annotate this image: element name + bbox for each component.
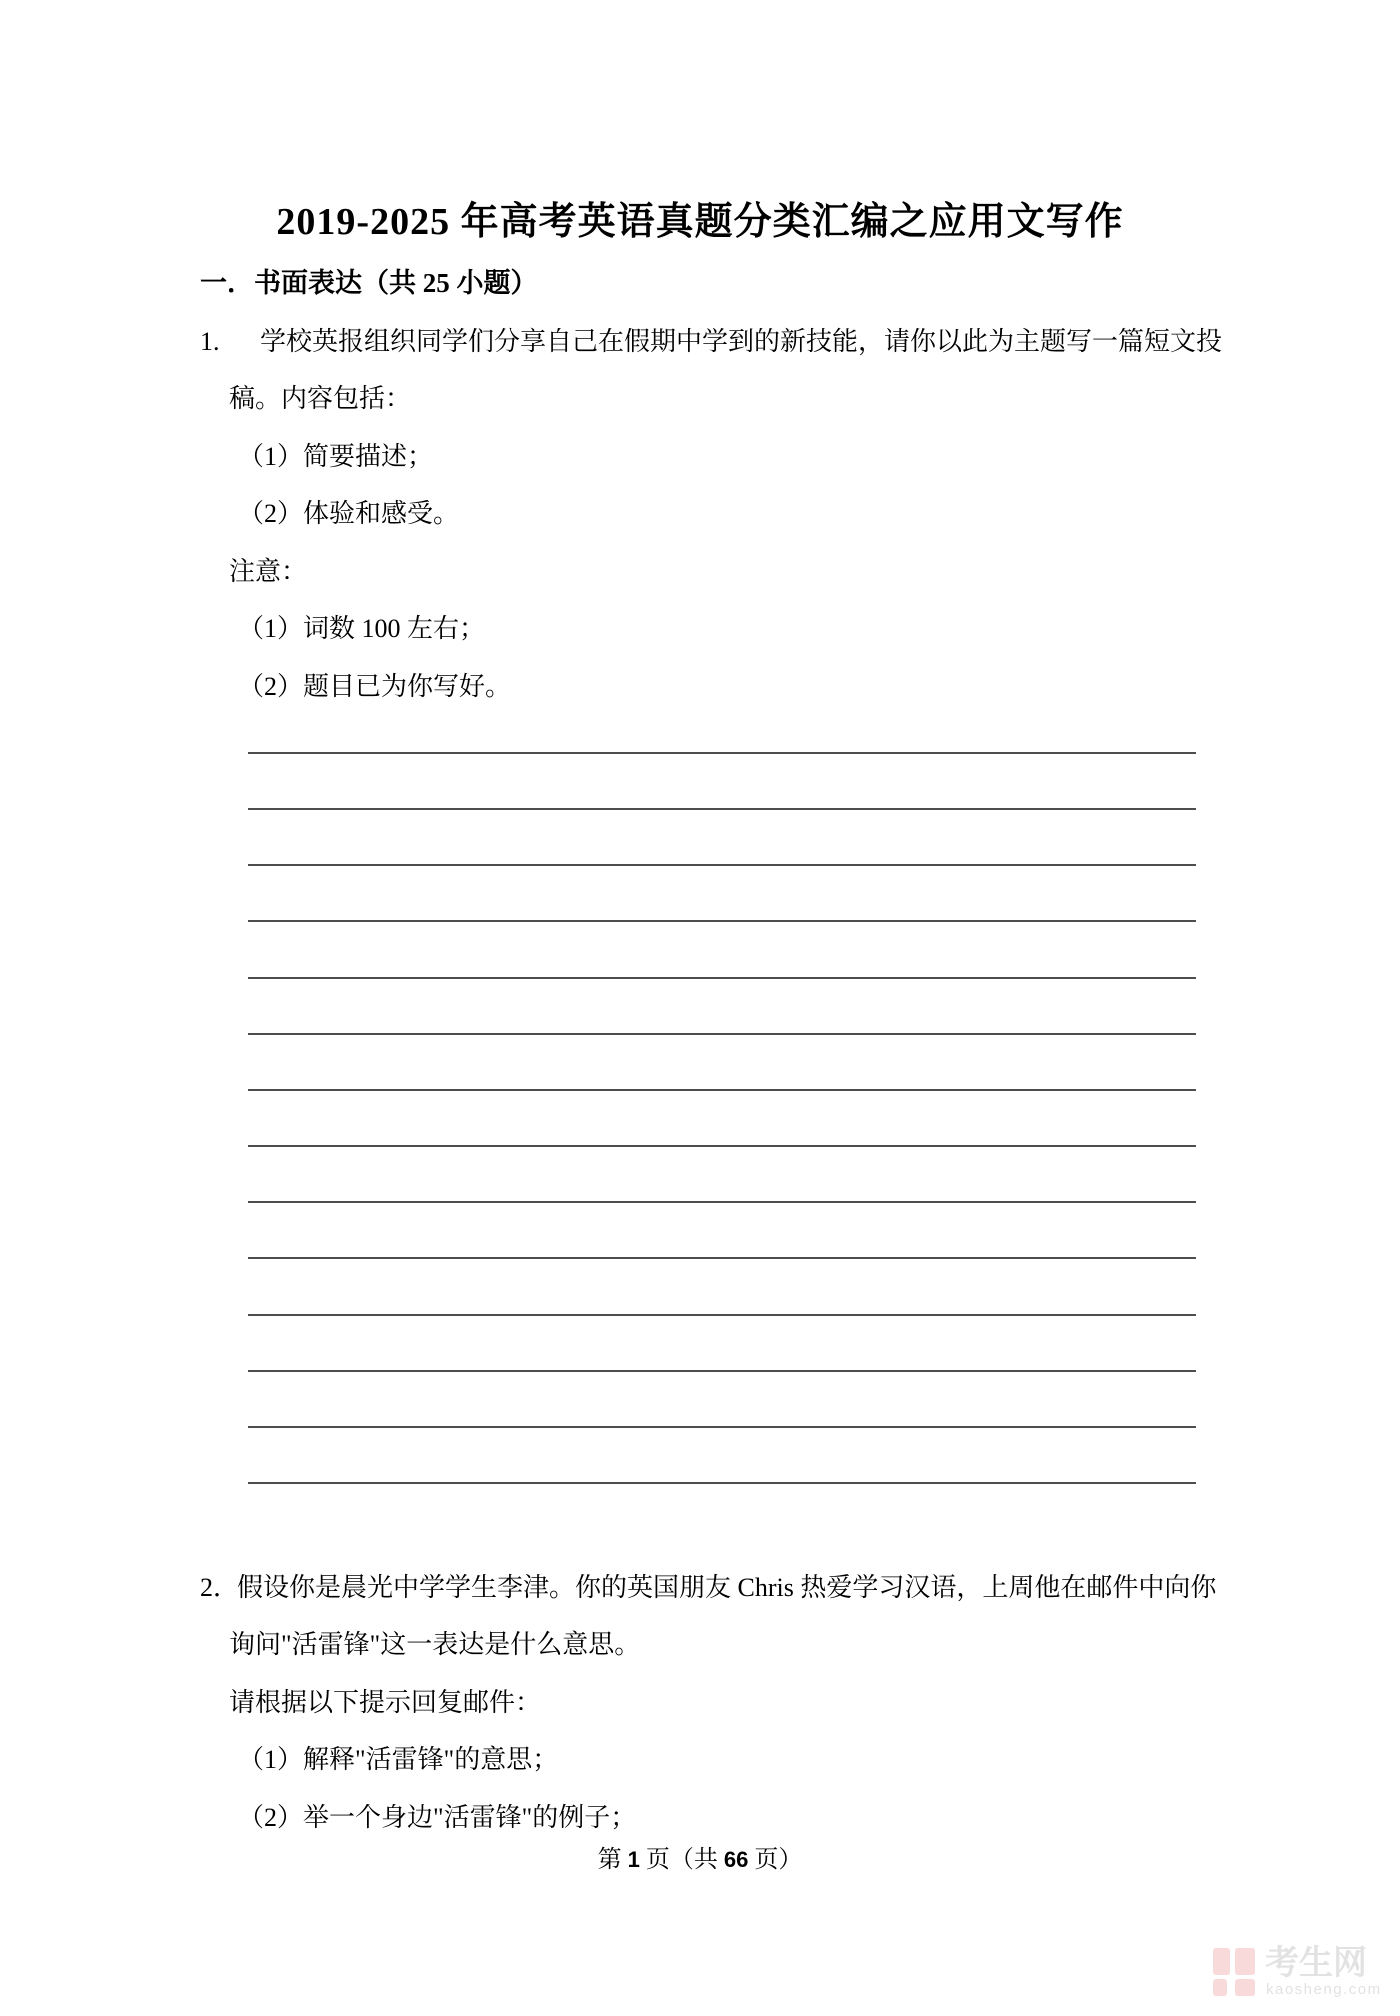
question-2-intro-line-1: 2．假设你是晨光中学学生李津。你的英国朋友 Chris 热爱学习汉语，上周他在邮… [200,1567,1216,1609]
question-2-point-2: （2）举一个身边"活雷锋"的例子； [238,1797,636,1839]
writing-line [248,920,1196,922]
question-1-note-2: （2）题目已为你写好。 [238,666,511,708]
writing-line [248,1257,1196,1259]
question-2-point-1: （1）解释"活雷锋"的意思； [238,1739,558,1781]
writing-line [248,864,1196,866]
writing-line [248,1314,1196,1316]
writing-line [248,977,1196,979]
question-2-prompt: 请根据以下提示回复邮件： [229,1682,541,1724]
writing-line [248,1482,1196,1484]
writing-line [248,1089,1196,1091]
writing-line [248,1426,1196,1428]
question-1-number: 1. [200,321,260,363]
question-2-text: 假设你是晨光中学学生李津。你的英国朋友 Chris 热爱学习汉语，上周他在邮件中… [237,1573,1216,1602]
question-1-intro-line-1: 1.学校英报组织同学们分享自己在假期中学到的新技能，请你以此为主题写一篇短文投 [200,321,1222,363]
footer-prefix: 第 [598,1847,628,1873]
footer-suffix: 页） [748,1847,802,1873]
writing-line [248,808,1196,810]
question-2-number: 2． [200,1567,237,1609]
page-title: 2019-2025 年高考英语真题分类汇编之应用文写作 [0,196,1400,248]
question-2-intro-line-2: 询问"活雷锋"这一表达是什么意思。 [229,1624,640,1666]
page-number-footer: 第 1 页（共 66 页） [0,1842,1400,1878]
writing-line [248,1033,1196,1035]
question-1-intro-line-2: 稿。内容包括： [229,378,411,420]
answer-writing-area [248,752,1196,1492]
kaosheng-logo-icon [1213,1948,1259,1996]
question-1-point-1: （1）简要描述； [238,436,433,478]
footer-page-number: 1 [628,1847,640,1872]
question-1-text: 学校英报组织同学们分享自己在假期中学到的新技能，请你以此为主题写一篇短文投 [260,327,1222,356]
footer-total-pages: 66 [724,1847,748,1872]
question-1-note-1: （1）词数 100 左右； [238,608,485,650]
watermark: 考生网 kaosheng.com [1213,1946,1388,2000]
section-heading: 一．书面表达（共 25 小题） [200,262,538,304]
question-1-note-label: 注意： [229,551,307,593]
writing-line [248,1370,1196,1372]
question-1-point-2: （2）体验和感受。 [238,493,459,535]
footer-mid: 页（共 [640,1847,724,1873]
document-page: 2019-2025 年高考英语真题分类汇编之应用文写作 一．书面表达（共 25 … [0,0,1400,2016]
writing-line [248,1201,1196,1203]
writing-line [248,1145,1196,1147]
watermark-brand-name: 考生网 [1265,1944,1367,1982]
watermark-domain: kaosheng.com [1266,1982,1382,1998]
writing-line [248,752,1196,754]
